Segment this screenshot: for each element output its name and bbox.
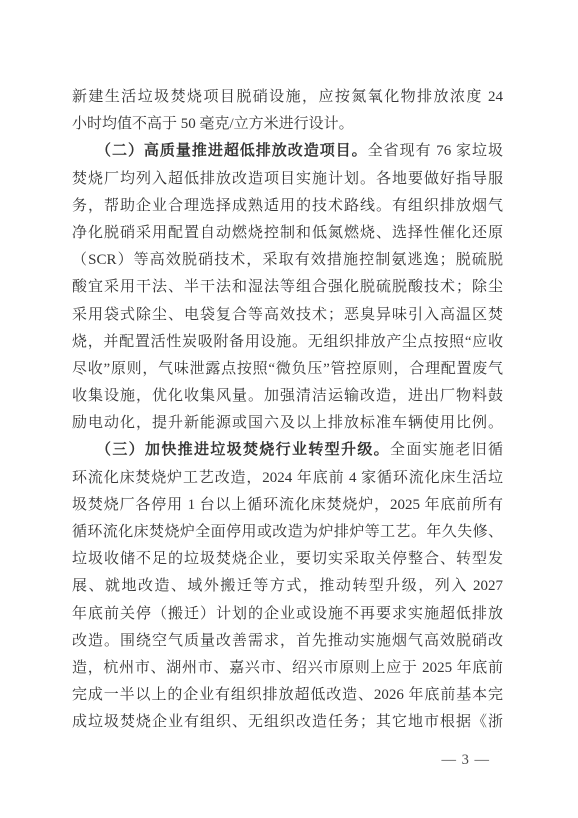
page-number: — 3 —	[442, 752, 491, 769]
text-line: 焚烧厂均列入超低排放改造项目实施计划。各地要做好指导服	[72, 166, 503, 193]
text-line: 小时均值不高于 50 毫克/立方米进行设计。	[72, 111, 503, 138]
text-line: 改造。围绕空气质量改善需求，首先推动实施烟气高效脱硝改	[72, 628, 503, 655]
text-line: 成垃圾焚烧企业有组织、无组织改造任务；其它地市根据《浙	[72, 709, 503, 736]
text-line: 完成一半以上的企业有组织排放超低改造、2026 年底前基本完	[72, 682, 503, 709]
text-line: 励电动化，提升新能源或国六及以上排放标准车辆使用比例。	[72, 410, 503, 437]
document-page: 新建生活垃圾焚烧项目脱硝设施，应按氮氧化物排放浓度 24 小时均值不高于 50 …	[0, 0, 578, 818]
section-3-heading: （三）加快推进垃圾焚烧行业转型升级。	[96, 442, 390, 458]
text-line: （二）高质量推进超低排放改造项目。全省现有 76 家垃圾	[72, 138, 503, 165]
text-line: 尽收”原则，气味泄露点按照“微负压”管控原则，合理配置废气	[72, 356, 503, 383]
text-line: 循环流化床焚烧炉全面停用或改造为炉排炉等工艺。年久失修、	[72, 519, 503, 546]
text-line: 采用袋式除尘、电袋复合等高效技术；恶臭异味引入高温区焚	[72, 302, 503, 329]
text-line: （三）加快推进垃圾焚烧行业转型升级。全面实施老旧循	[72, 437, 503, 464]
text-line: 务，帮助企业合理选择成熟适用的技术路线。有组织排放烟气	[72, 193, 503, 220]
text-run: 全面实施老旧循	[390, 442, 503, 458]
body-text-block: 新建生活垃圾焚烧项目脱硝设施，应按氮氧化物排放浓度 24 小时均值不高于 50 …	[72, 84, 503, 737]
text-line: 展、就地改造、域外搬迁等方式，推动转型升级，列入 2027	[72, 573, 503, 600]
text-line: 垃圾收储不足的垃圾焚烧企业，要切实采取关停整合、转型发	[72, 546, 503, 573]
text-run: 全省现有 76 家垃圾	[368, 143, 503, 159]
text-line: 造，杭州市、湖州市、嘉兴市、绍兴市原则上应于 2025 年底前	[72, 655, 503, 682]
text-line: 圾焚烧厂各停用 1 台以上循环流化床焚烧炉，2025 年底前所有	[72, 492, 503, 519]
text-line: 酸宜采用干法、半干法和湿法等组合强化脱硫脱酸技术；除尘	[72, 274, 503, 301]
text-line: （SCR）等高效脱硝技术，采取有效措施控制氨逃逸；脱硫脱	[72, 247, 503, 274]
text-line: 收集设施，优化收集风量。加强清洁运输改造，进出厂物料鼓	[72, 383, 503, 410]
text-line: 烧，并配置活性炭吸附备用设施。无组织排放产尘点按照“应收	[72, 329, 503, 356]
text-line: 年底前关停（搬迁）计划的企业或设施不再要求实施超低排放	[72, 601, 503, 628]
section-2-heading: （二）高质量推进超低排放改造项目。	[96, 143, 368, 159]
text-line: 环流化床焚烧炉工艺改造，2024 年底前 4 家循环流化床生活垃	[72, 465, 503, 492]
text-line: 新建生活垃圾焚烧项目脱硝设施，应按氮氧化物排放浓度 24	[72, 84, 503, 111]
text-line: 净化脱硝采用配置自动燃烧控制和低氮燃烧、选择性催化还原	[72, 220, 503, 247]
